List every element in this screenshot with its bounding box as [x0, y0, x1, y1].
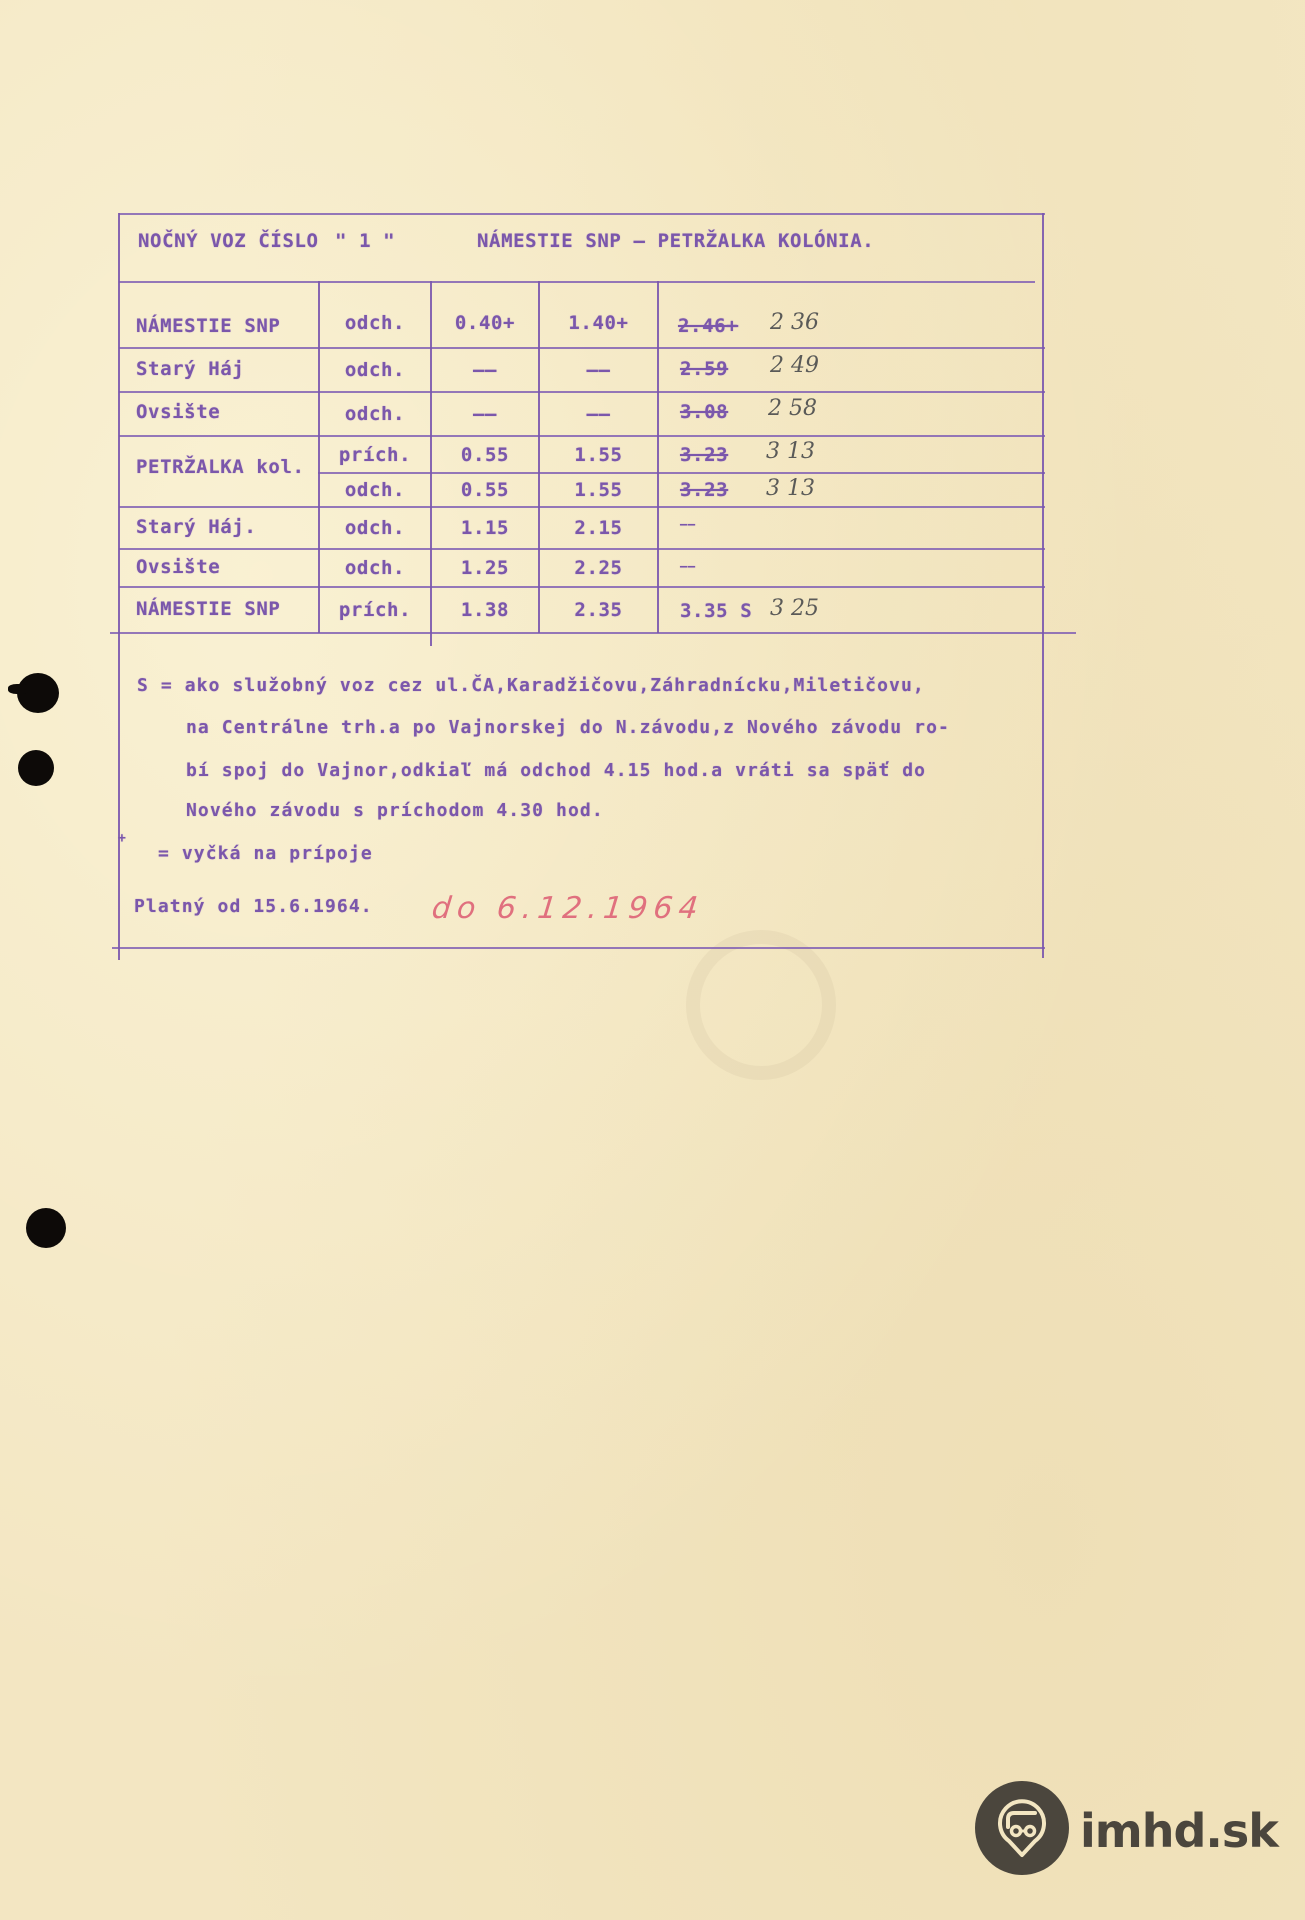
- cell-trip1-text: 0.55: [461, 446, 509, 465]
- cell-trip2: 2.35: [540, 588, 657, 632]
- table-border-left: [118, 213, 120, 960]
- cell-trip3-handwritten: 2 58: [768, 398, 817, 420]
- cell-type: odch.: [320, 300, 430, 347]
- cell-trip1: ——: [432, 393, 538, 435]
- title-route: NÁMESTIE SNP – PETRŽALKA KOLÓNIA.: [477, 232, 874, 251]
- cell-trip2-text: ——: [586, 361, 610, 380]
- cell-trip1: 1.25: [432, 550, 538, 586]
- cell-trip2: 2.25: [540, 550, 657, 586]
- cell-type: odch.: [320, 349, 430, 391]
- cell-stop: Starý Háj: [136, 360, 244, 379]
- cell-trip3-printed: 3.23: [680, 446, 728, 465]
- cell-type-text: odch.: [345, 519, 405, 538]
- cell-trip2-text: 1.55: [574, 481, 622, 500]
- cell-trip1: ——: [432, 349, 538, 391]
- cell-trip3-printed: ——: [680, 518, 696, 530]
- cell-trip2: ——: [540, 393, 657, 435]
- cell-stop: Ovsište: [136, 403, 220, 422]
- title-vehicle: NOČNÝ VOZ ČÍSLO: [138, 232, 319, 251]
- cell-trip3-handwritten: 2 49: [770, 355, 819, 377]
- cell-trip3-handwritten: 2 36: [770, 312, 819, 334]
- cell-stop: NÁMESTIE SNP: [136, 317, 280, 336]
- cell-trip2-text: 1.40+: [568, 314, 628, 333]
- cell-trip1-text: 0.40+: [455, 314, 515, 333]
- cell-trip2-text: 2.25: [574, 559, 622, 578]
- punch-hole: [26, 1208, 66, 1248]
- cell-trip3-printed: 3.23: [680, 481, 728, 500]
- imhd-logo-icon: [975, 1781, 1069, 1875]
- cell-trip1: 0.55: [432, 474, 538, 506]
- cell-trip3-handwritten: 3 13: [766, 441, 815, 463]
- imhd-logo-text: imhd.sk: [1080, 1808, 1278, 1854]
- table-divider-header: [119, 281, 1035, 283]
- cell-type-text: prích.: [339, 601, 411, 620]
- title-number: " 1 ": [335, 232, 395, 251]
- cell-trip2: 1.55: [540, 438, 657, 472]
- cell-type: prích.: [320, 438, 430, 472]
- cell-trip3-printed: 2.46+: [678, 317, 738, 336]
- cell-trip1-text: ——: [473, 361, 497, 380]
- note-plus-text: = vyčká na prípoje: [158, 845, 373, 863]
- cell-trip1: 0.55: [432, 438, 538, 472]
- note-s-line2: na Centrálne trh.a po Vajnorskej do N.zá…: [186, 719, 950, 737]
- cell-trip3-printed: ——: [680, 560, 696, 572]
- note-s-line4: Nového závodu s príchodom 4.30 hod.: [186, 802, 604, 820]
- cell-type-text: prích.: [339, 446, 411, 465]
- cell-trip2-text: 2.15: [574, 519, 622, 538]
- cell-trip2-text: 1.55: [574, 446, 622, 465]
- table-body-bottom: [110, 632, 1076, 634]
- cell-stop: Ovsište: [136, 558, 220, 577]
- note-s-line3: bí spoj do Vajnor,odkiaľ má odchod 4.15 …: [186, 762, 926, 780]
- watermark-logo-icon: [686, 930, 836, 1080]
- cell-stop: PETRŽALKA kol.: [136, 458, 305, 477]
- cell-trip3-handwritten: 3 13: [766, 478, 815, 500]
- col-divider: [657, 281, 659, 633]
- cell-type-text: odch.: [345, 314, 405, 333]
- table-border-top: [119, 213, 1045, 215]
- cell-type-text: odch.: [345, 361, 405, 380]
- cell-trip1-text: 1.25: [461, 559, 509, 578]
- cell-type: odch.: [320, 393, 430, 435]
- cell-trip1-text: ——: [473, 405, 497, 424]
- cell-trip2: 1.40+: [540, 300, 657, 347]
- note-plus-symbol: +: [118, 832, 127, 845]
- valid-from: Platný od 15.6.1964.: [134, 898, 373, 916]
- col-divider-stub: [430, 632, 432, 646]
- cell-stop: Starý Háj.: [136, 518, 256, 537]
- cell-trip1: 1.15: [432, 508, 538, 548]
- cell-trip1-text: 1.15: [461, 519, 509, 538]
- cell-stop: NÁMESTIE SNP: [136, 600, 280, 619]
- cell-trip1-text: 1.38: [461, 601, 509, 620]
- cell-trip3-printed: 3.35 S: [680, 602, 752, 621]
- cell-trip1: 0.40+: [432, 300, 538, 347]
- cell-type: prích.: [320, 588, 430, 632]
- valid-to-handwritten: do 6.12.1964: [430, 894, 705, 924]
- cell-type-text: odch.: [345, 559, 405, 578]
- cell-type: odch.: [320, 474, 430, 506]
- cell-trip2-text: ——: [586, 405, 610, 424]
- cell-trip1-text: 0.55: [461, 481, 509, 500]
- cell-trip2: ——: [540, 349, 657, 391]
- cell-trip2-text: 2.35: [574, 601, 622, 620]
- cell-trip3-printed: 2.59: [680, 360, 728, 379]
- note-s-line1: S = ako služobný voz cez ul.ČA,Karadžičo…: [137, 677, 925, 695]
- cell-trip3-printed: 3.08: [680, 403, 728, 422]
- cell-trip3-handwritten: 3 25: [770, 598, 819, 620]
- punch-hole: [8, 684, 30, 694]
- cell-trip1: 1.38: [432, 588, 538, 632]
- cell-type: odch.: [320, 508, 430, 548]
- bus-pin-icon: [975, 1781, 1069, 1875]
- table-border-right: [1042, 213, 1044, 958]
- cell-trip2: 2.15: [540, 508, 657, 548]
- notes-bottom: [112, 947, 1045, 949]
- punch-hole: [18, 750, 54, 786]
- cell-trip2: 1.55: [540, 474, 657, 506]
- cell-type: odch.: [320, 550, 430, 586]
- row-divider: [119, 435, 1045, 437]
- cell-type-text: odch.: [345, 481, 405, 500]
- cell-type-text: odch.: [345, 405, 405, 424]
